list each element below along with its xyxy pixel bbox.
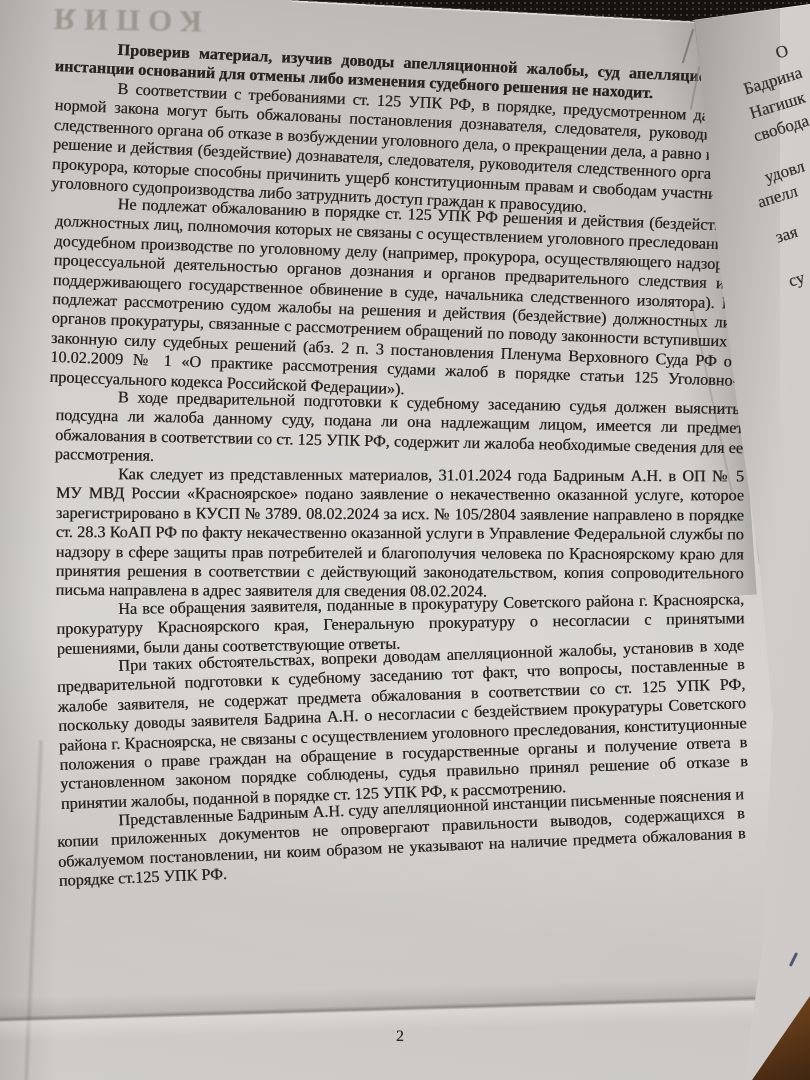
paragraph-case-facts: Как следует из представленных материалов… [56, 465, 744, 603]
photographed-court-document: О Бадрина Нагишк свобода удовл апелл зая… [0, 0, 810, 1080]
page-number: 2 [396, 1028, 404, 1046]
document-text: Проверив материал, изучив доводы апелляц… [56, 38, 744, 892]
paragraph-not-appealable: Не подлежат обжалованию в порядке ст. 12… [49, 193, 743, 411]
kopiya-stamp-bleedthrough: КОПИЯ [22, 0, 203, 39]
paragraph-court-findings: При таких обстоятельствах, вопреки довод… [56, 636, 749, 814]
document-page: КОПИЯ Проверив материал, изучив доводы а… [0, 0, 810, 1080]
